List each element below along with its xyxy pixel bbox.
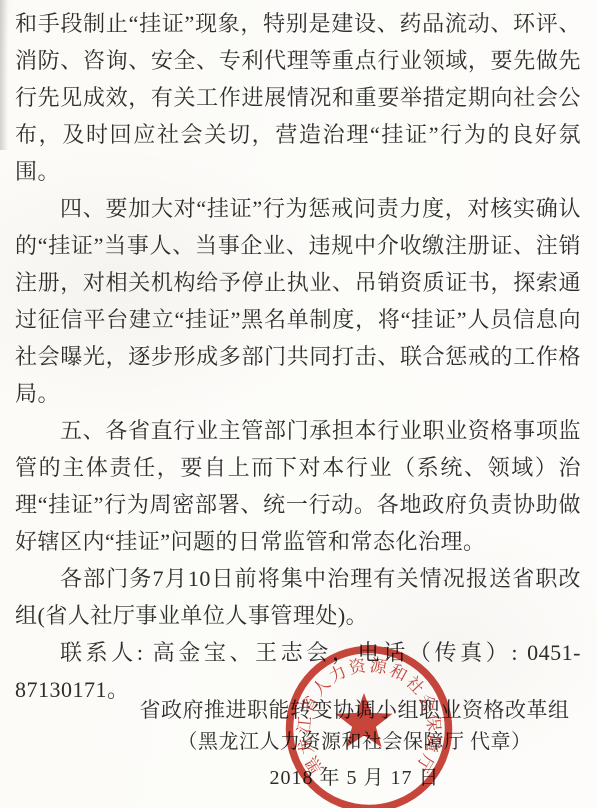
signature-line-1: 省政府推进职能转变协调小组职业资格改革组 xyxy=(112,698,597,722)
signature-date: 2018 年 5 月 17 日 xyxy=(112,766,597,790)
signature-block: 省政府推进职能转变协调小组职业资格改革组 （黑龙江人力资源和社会保障厅 代章） … xyxy=(112,698,597,790)
paragraph: 各部门务7月10日前将集中治理有关情况报送省职改组(省人社厅事业单位人事管理处)… xyxy=(15,560,581,634)
paragraph: 五、各省直行业主管部门承担本行业职业资格事项监管的主体责任，要自上而下对本行业（… xyxy=(15,412,581,560)
paragraph: 四、要加大对“挂证”行为惩戒问责力度，对核实确认的“挂证”当事人、当事企业、违规… xyxy=(15,190,581,412)
document-page: 和手段制止“挂证”现象，特别是建设、药品流动、环评、消防、咨询、安全、专利代理等… xyxy=(0,0,597,808)
paragraph: 联系人: 高金宝、王志会，电话（传真）: 0451-87130171。 xyxy=(15,634,581,708)
document-body: 和手段制止“挂证”现象，特别是建设、药品流动、环评、消防、咨询、安全、专利代理等… xyxy=(15,5,581,708)
signature-line-2: （黑龙江人力资源和社会保障厅 代章） xyxy=(112,730,597,754)
paragraph: 和手段制止“挂证”现象，特别是建设、药品流动、环评、消防、咨询、安全、专利代理等… xyxy=(15,5,581,190)
